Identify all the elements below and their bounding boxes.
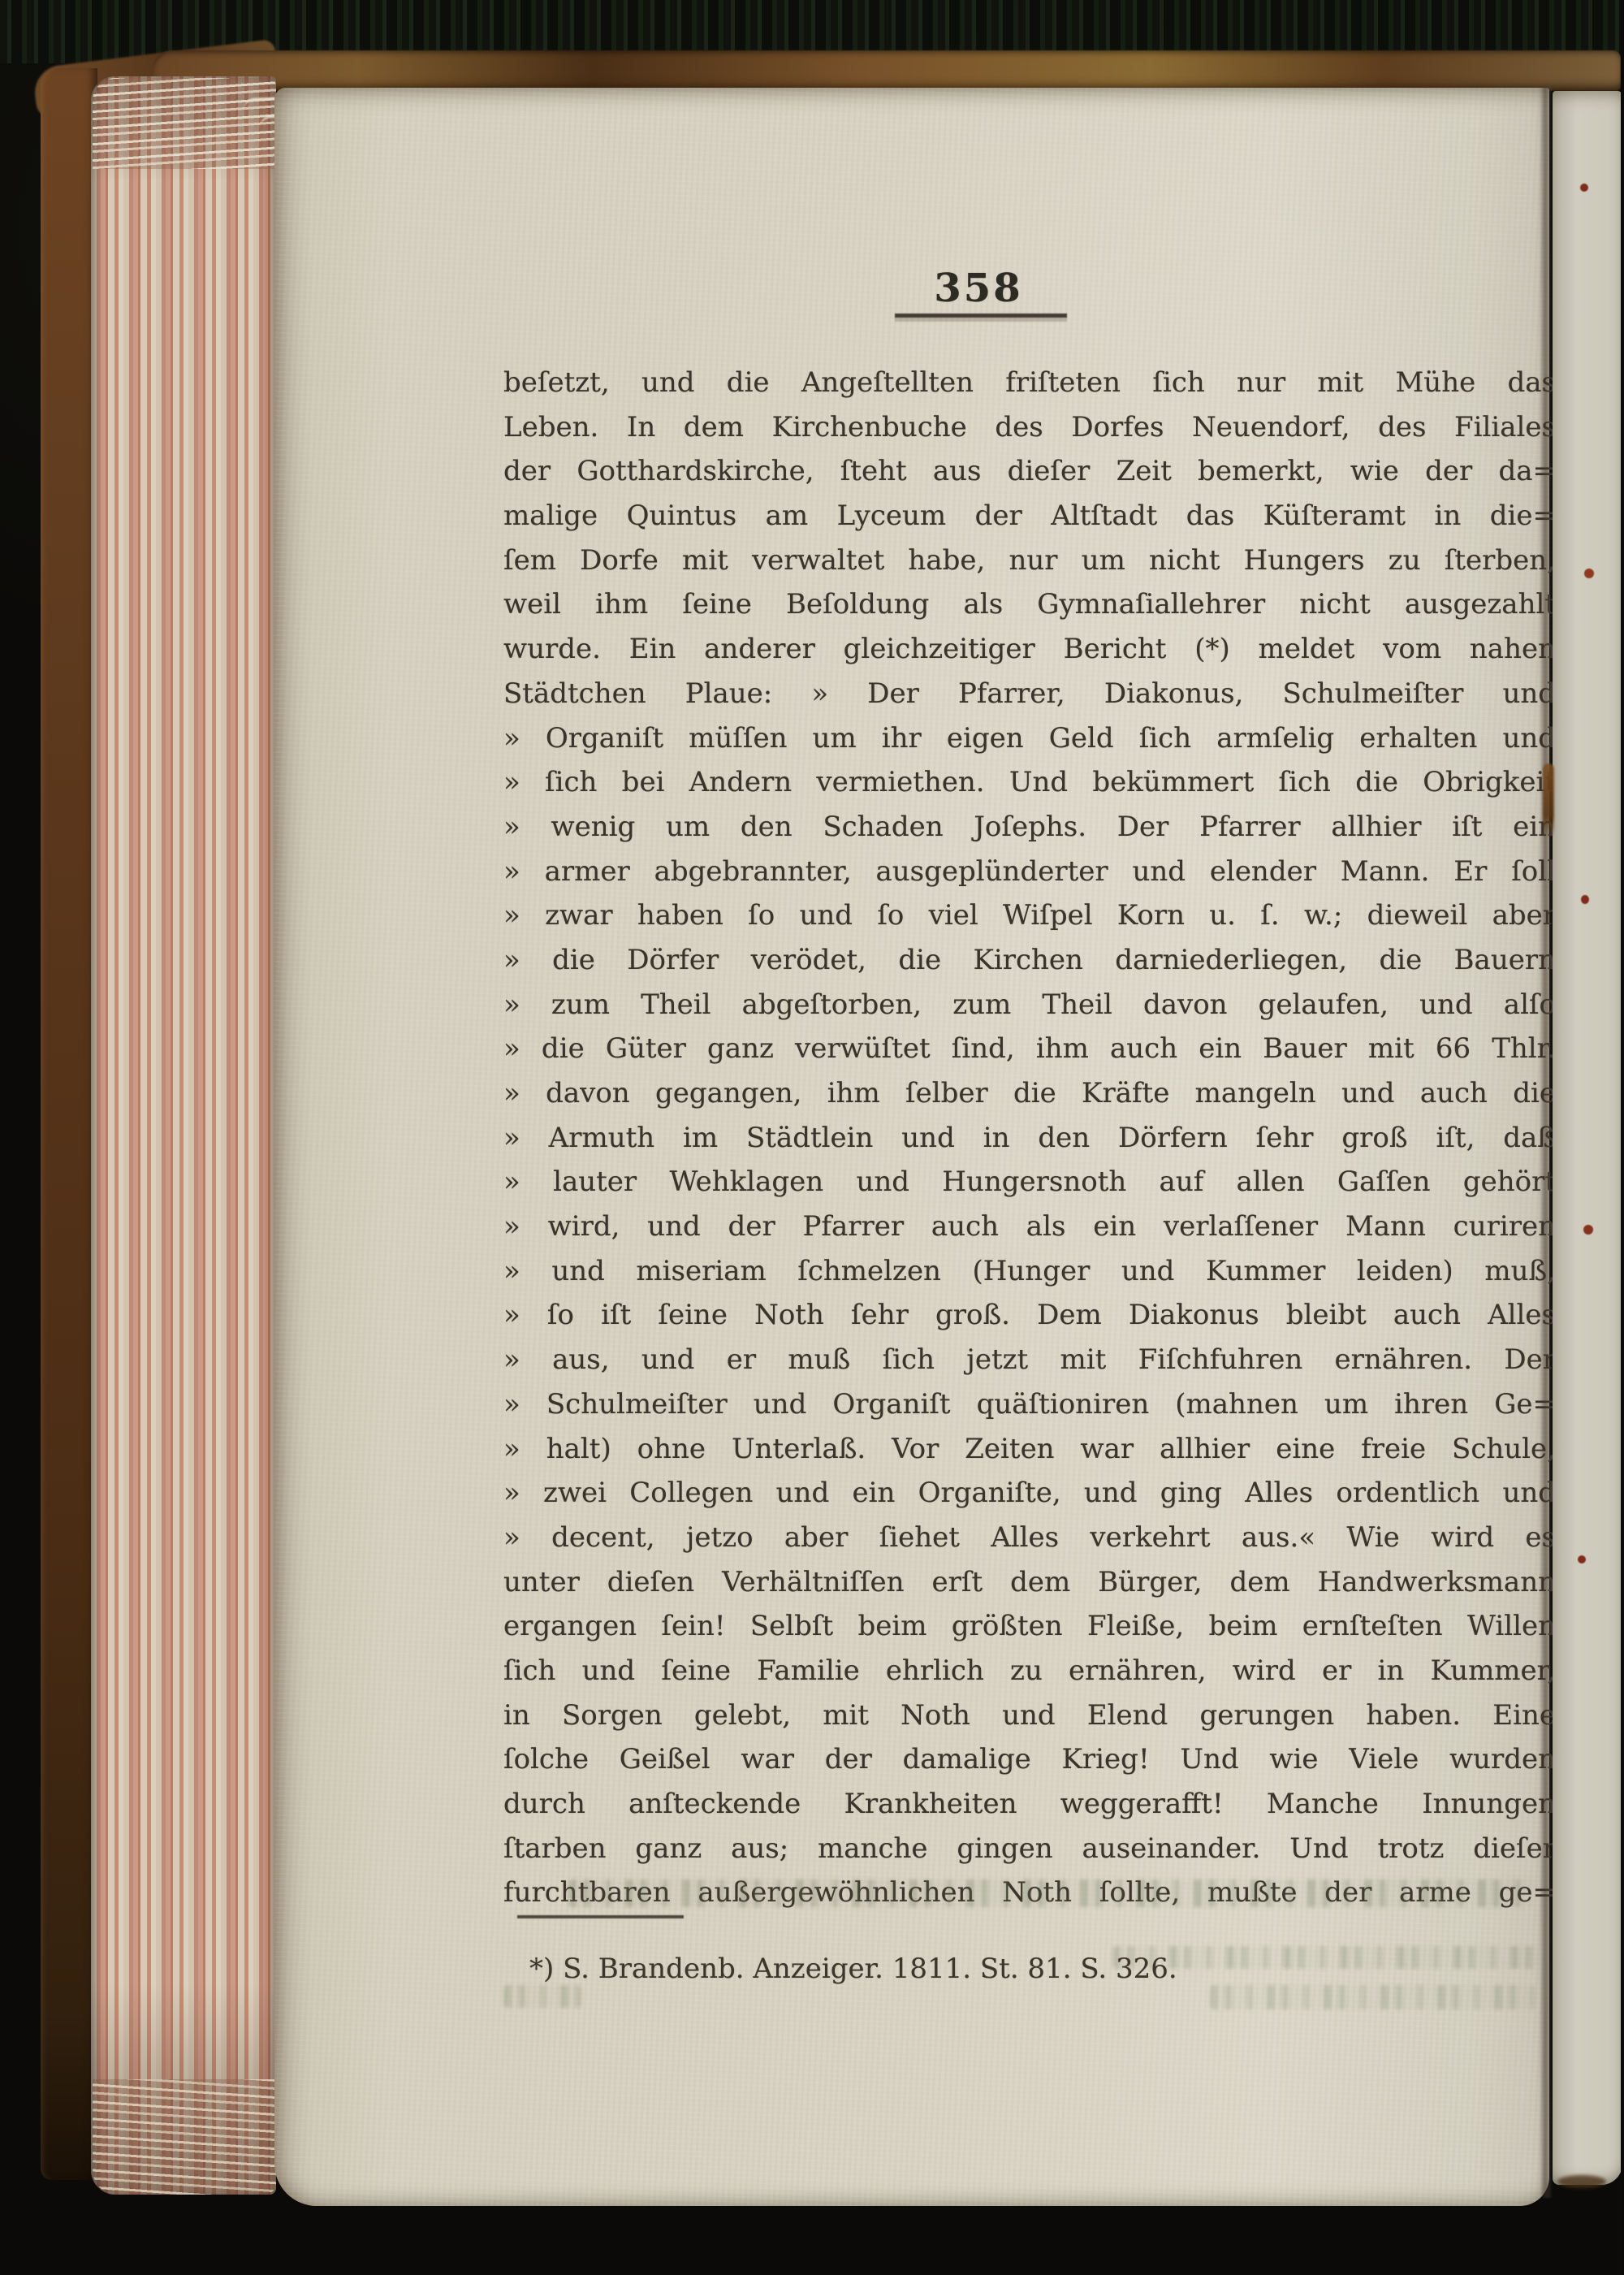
body-text-line: » ſich bei Andern vermiethen. Und bekümm… — [503, 760, 1556, 805]
red-edge-speck — [1584, 569, 1594, 578]
body-text-line: wurde. Ein anderer gleichzeitiger Berich… — [503, 627, 1556, 672]
body-text-line: beſetzt, und die Angeſtellten friſteten … — [503, 361, 1556, 405]
leather-cover-top-edge — [153, 50, 1621, 91]
body-text-line: in Sorgen gelebt, mit Noth und Elend ger… — [503, 1693, 1556, 1738]
body-text-line: » wenig um den Schaden Joſephs. Der Pfar… — [503, 805, 1556, 850]
body-text-line: » ſo iſt ſeine Noth ſehr groß. Dem Diako… — [503, 1293, 1556, 1338]
body-text-line: durch anſteckende Krankheiten weggerafft… — [503, 1782, 1556, 1827]
body-text-line: » Organiſt müſſen um ihr eigen Geld ſich… — [503, 716, 1556, 761]
footnote: *) S. Brandenb. Anzeiger. 1811. St. 81. … — [529, 1953, 1544, 1985]
body-text-line: » und miseriam ſchmelzen (Hunger und Kum… — [503, 1249, 1556, 1294]
body-text: beſetzt, und die Angeſtellten friſteten … — [503, 361, 1556, 1915]
footnote-source: S. Brandenb. Anzeiger. 1811. St. 81. S. … — [563, 1953, 1177, 1985]
red-edge-speck — [1581, 895, 1589, 904]
body-text-line: Städtchen Plaue: » Der Pfarrer, Diakonus… — [503, 672, 1556, 716]
page-stack-top-sheets — [93, 78, 276, 169]
body-text-line: » die Güter ganz verwüſtet ſind, ihm auc… — [503, 1027, 1556, 1071]
body-text-line: » Schulmeiſter und Organiſt quäſtioniren… — [503, 1382, 1556, 1427]
body-text-line: » die Dörfer verödet, die Kirchen darnie… — [503, 938, 1556, 983]
page-number-rule — [895, 314, 1067, 318]
body-text-line: » aus, und er muß ſich jetzt mit Fiſchfu… — [503, 1338, 1556, 1382]
page-number: 358 — [922, 266, 1035, 311]
body-text-line: der Gotthardskirche, ſteht aus dieſer Ze… — [503, 449, 1556, 494]
body-text-line: » zum Theil abgeſtorben, zum Theil davon… — [503, 983, 1556, 1027]
body-text-line: weil ihm ſeine Beſoldung als Gymnaſialle… — [503, 582, 1556, 627]
footnote-separator-rule — [517, 1915, 684, 1918]
page-stack-bottom-sheets — [93, 2079, 276, 2195]
body-text-line: » armer abgebrannter, ausgeplünderter un… — [503, 850, 1556, 894]
body-text-line: ſich und ſeine Familie ehrlich zu ernähr… — [503, 1649, 1556, 1693]
body-text-line: ſolche Geißel war der damalige Krieg! Un… — [503, 1737, 1556, 1782]
leather-cover-left-board — [41, 68, 97, 2180]
body-text-line: » davon gegangen, ihm ſelber die Kräfte … — [503, 1071, 1556, 1116]
body-text-line: unter dieſen Verhältniſſen erſt dem Bürg… — [503, 1560, 1556, 1605]
body-text-line: » decent, jetzo aber ſiehet Alles verkeh… — [503, 1516, 1556, 1560]
body-text-line: » Armuth im Städtlein und in den Dörfern… — [503, 1116, 1556, 1161]
show-through-text — [1210, 1985, 1535, 2009]
body-text-line: ſtarben ganz aus; manche gingen auseinan… — [503, 1827, 1556, 1871]
body-text-line: malige Quintus am Lyceum der Altſtadt da… — [503, 494, 1556, 538]
footnote-marker: *) — [529, 1953, 554, 1985]
body-text-line: » zwei Collegen und ein Organiſte, und g… — [503, 1471, 1556, 1516]
body-text-line: ſem Dorfe mit verwaltet habe, nur um nic… — [503, 538, 1556, 583]
book-page: 358 beſetzt, und die Angeſtellten friſte… — [274, 88, 1549, 2206]
body-text-line: furchtbaren außergewöhnlichen Noth ſollt… — [503, 1871, 1556, 1915]
next-page-edge — [1553, 91, 1622, 2185]
red-edge-speck — [1578, 1555, 1586, 1564]
book-photo: 358 beſetzt, und die Angeſtellten friſte… — [0, 0, 1624, 2275]
stain-mark — [1557, 2175, 1606, 2188]
stain-mark — [1543, 763, 1554, 838]
body-text-line: » zwar haben ſo und ſo viel Wiſpel Korn … — [503, 893, 1556, 938]
page-gutter-crease — [1540, 86, 1553, 2198]
body-text-line: » halt) ohne Unterlaß. Vor Zeiten war al… — [503, 1427, 1556, 1472]
red-edge-speck — [1580, 184, 1588, 192]
body-text-line: » wird, und der Pfarrer auch als ein ver… — [503, 1205, 1556, 1249]
gutter-shadow — [1621, 0, 1624, 2275]
body-text-line: Leben. In dem Kirchenbuche des Dorfes Ne… — [503, 405, 1556, 450]
body-text-line: ergangen ſein! Selbſt beim größten Fleiß… — [503, 1604, 1556, 1649]
red-edge-speck — [1583, 1225, 1593, 1235]
body-text-line: » lauter Wehklagen und Hungersnoth auf a… — [503, 1160, 1556, 1205]
page-stack-fore-edge — [91, 76, 276, 2195]
show-through-text — [503, 1985, 581, 2008]
